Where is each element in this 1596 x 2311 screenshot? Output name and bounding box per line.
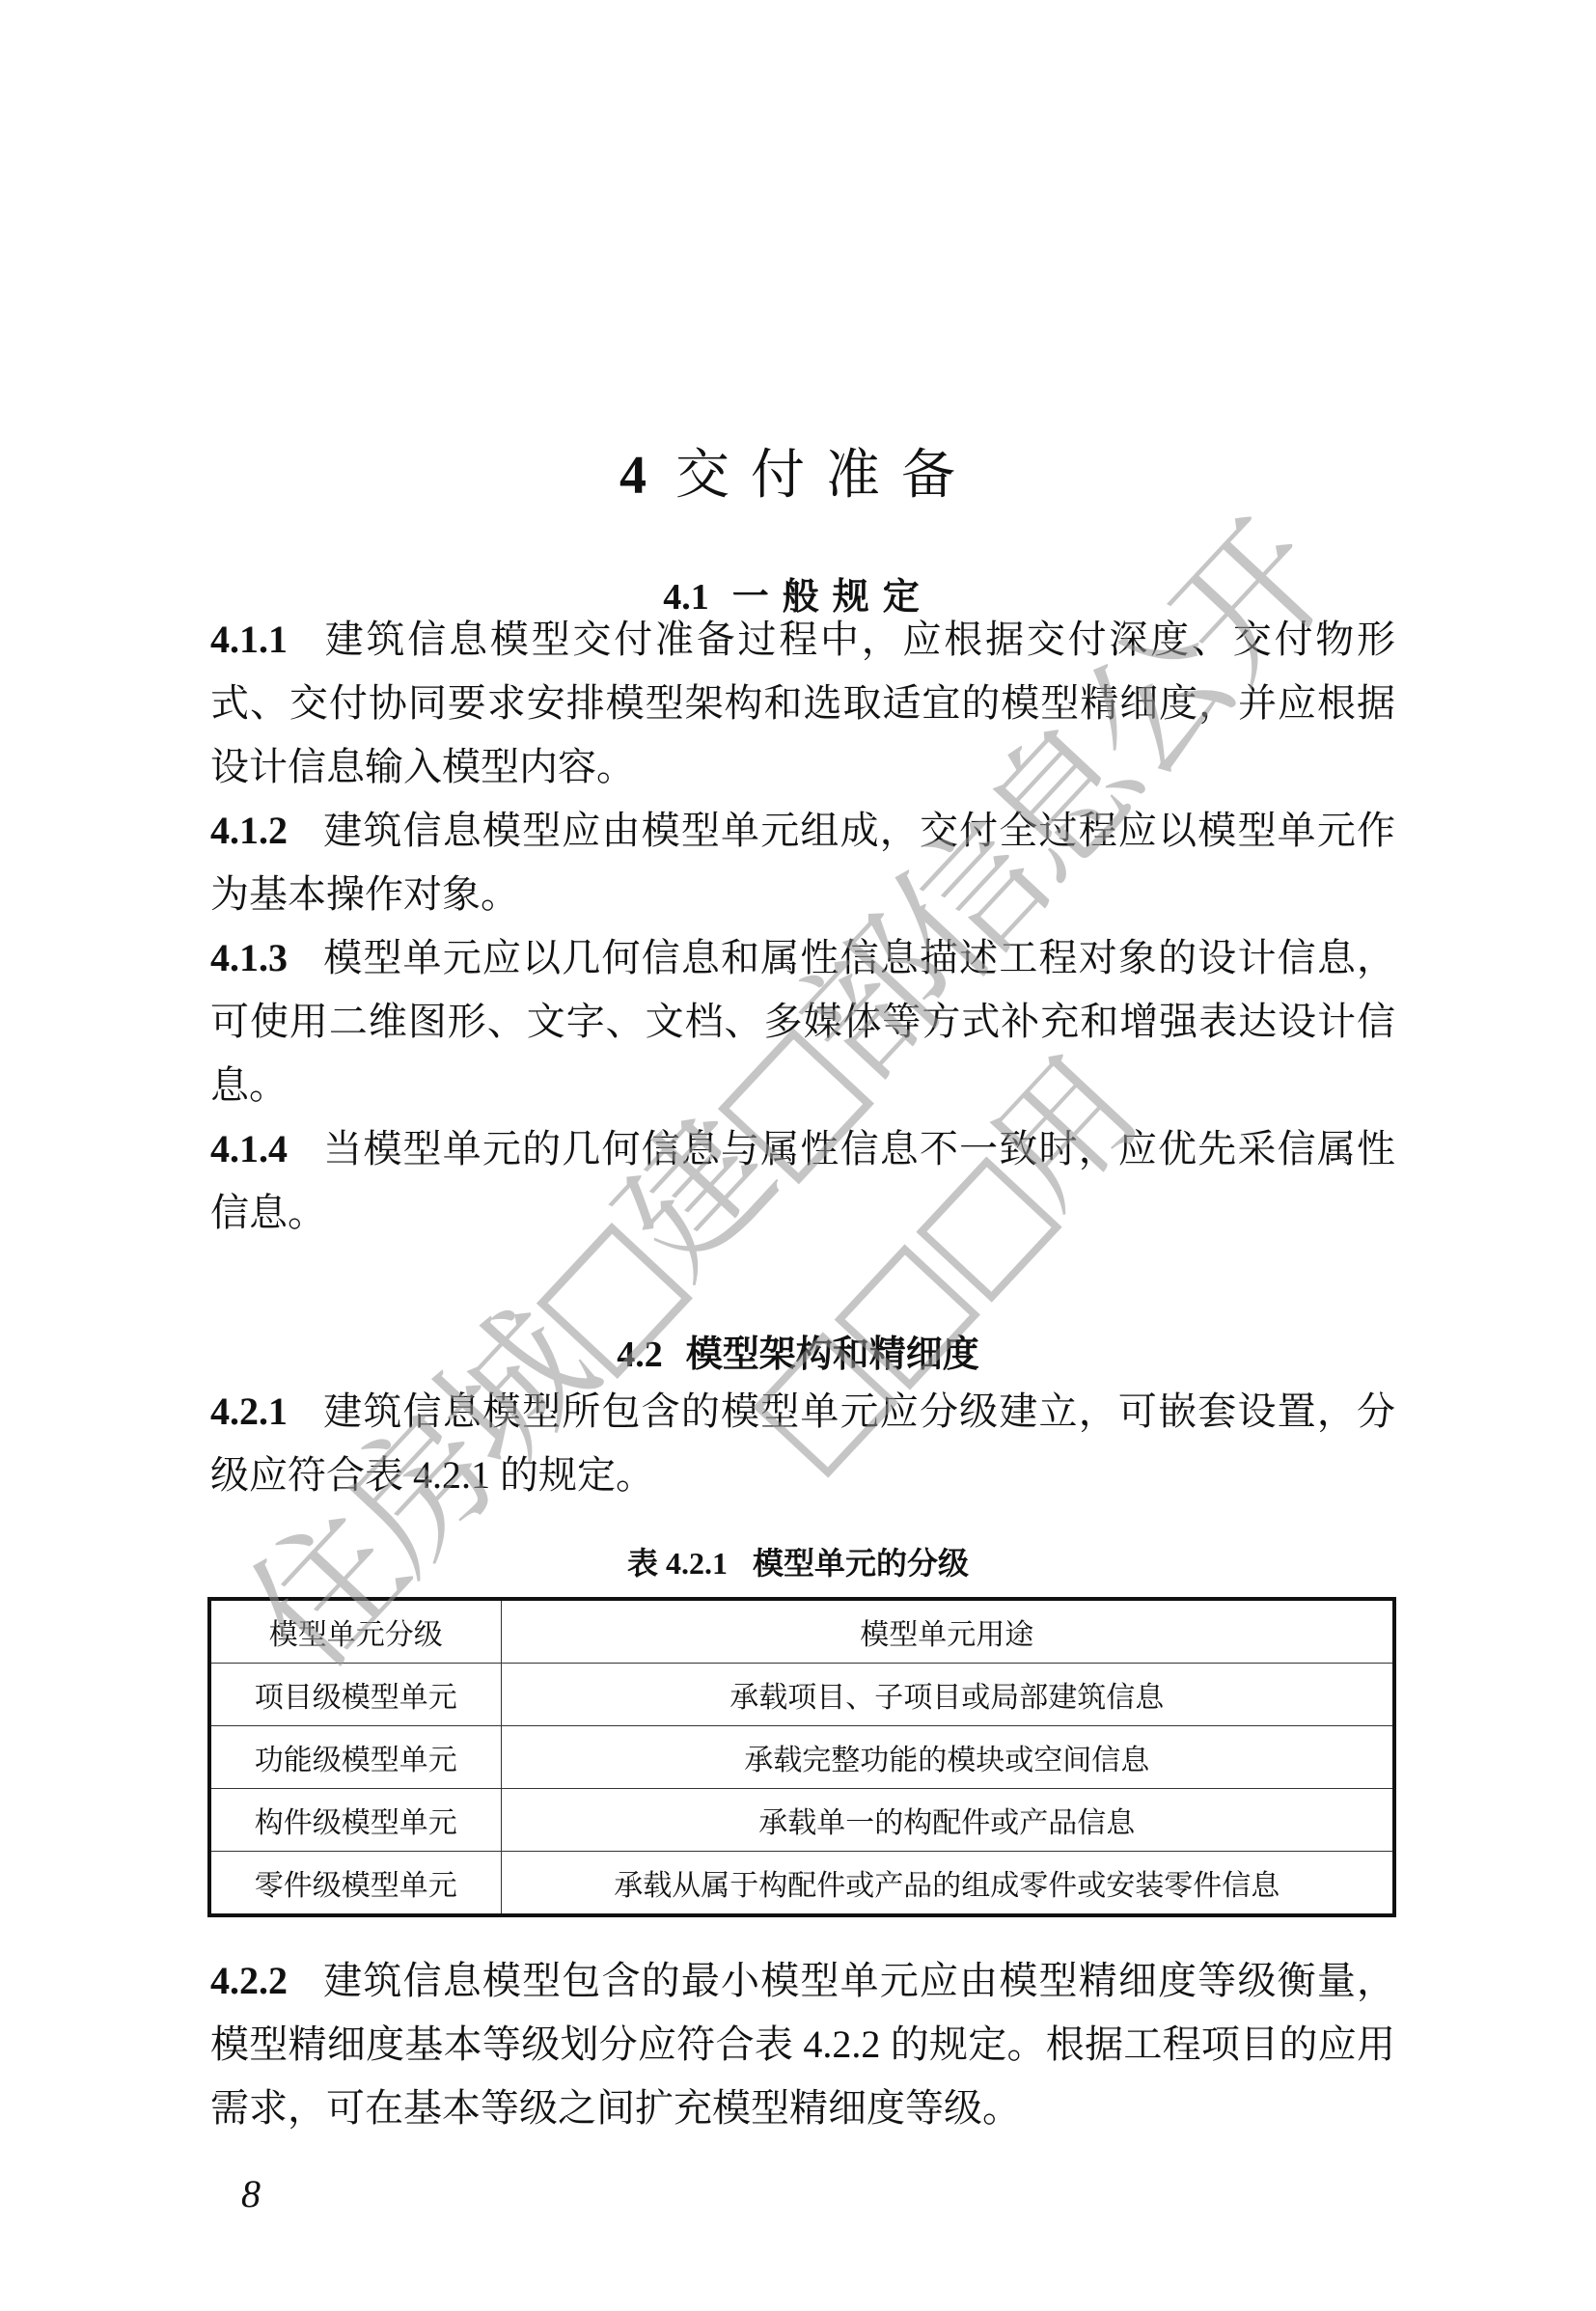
clause-number: 4.2.2 <box>210 1959 288 2002</box>
table-reference: 4.2.2 <box>793 2022 891 2066</box>
clause-text: 建筑信息模型交付准备过程中，应根据交付深度、交付物形式、交付协同要求安排模型架构… <box>210 618 1395 789</box>
table-cell-grade: 项目级模型单元 <box>209 1664 501 1726</box>
clause-4-1-4: 4.1.4当模型单元的几何信息与属性信息不一致时，应优先采信属性信息。 <box>210 1117 1395 1245</box>
clause-number: 4.1.4 <box>210 1127 288 1170</box>
column-header: 模型单元用途 <box>501 1599 1394 1664</box>
clause-4-2-2: 4.2.2建筑信息模型包含的最小模型单元应由模型精细度等级衡量，模型精细度基本等… <box>210 1949 1395 2140</box>
section-title-text: 模型架构和精细度 <box>686 1333 979 1375</box>
table-caption-prefix: 表 <box>627 1545 658 1582</box>
table-cell-usage: 承载完整功能的模块或空间信息 <box>501 1726 1394 1789</box>
clause-text: 建筑信息模型应由模型单元组成，交付全过程应以模型单元作为基本操作对象。 <box>210 809 1395 917</box>
table-row: 功能级模型单元 承载完整功能的模块或空间信息 <box>209 1726 1394 1789</box>
clause-text: 模型单元应以几何信息和属性信息描述工程对象的设计信息，可使用二维图形、文字、文档… <box>210 936 1395 1108</box>
clause-number: 4.1.2 <box>210 809 288 852</box>
chapter-title-text: 交付准备 <box>675 444 977 507</box>
table-cell-usage: 承载单一的构配件或产品信息 <box>501 1789 1394 1852</box>
table-cell-grade: 功能级模型单元 <box>209 1726 501 1789</box>
chapter-number: 4 <box>619 446 647 506</box>
table-reference: 4.2.1 <box>403 1453 500 1497</box>
clause-number: 4.1.1 <box>210 618 288 661</box>
clause-text: 当模型单元的几何信息与属性信息不一致时，应优先采信属性信息。 <box>210 1127 1395 1235</box>
table-row: 项目级模型单元 承载项目、子项目或局部建筑信息 <box>209 1664 1394 1726</box>
table-row: 构件级模型单元 承载单一的构配件或产品信息 <box>209 1789 1394 1852</box>
table-cell-usage: 承载项目、子项目或局部建筑信息 <box>501 1664 1394 1726</box>
clause-4-1-3: 4.1.3模型单元应以几何信息和属性信息描述工程对象的设计信息，可使用二维图形、… <box>210 926 1395 1117</box>
table-title: 模型单元的分级 <box>753 1545 969 1582</box>
clause-text-end: 的规定。 <box>500 1453 654 1498</box>
section-title-4-2: 4.2模型架构和精细度 <box>0 1324 1596 1377</box>
model-unit-grading-table: 模型单元分级 模型单元用途 项目级模型单元 承载项目、子项目或局部建筑信息 功能… <box>207 1597 1396 1917</box>
table-cell-grade: 零件级模型单元 <box>209 1852 501 1916</box>
clause-text: 建筑信息模型所包含的模型单元应分级建立，可嵌套设置，分级应符合表 <box>210 1389 1395 1498</box>
document-page: 4交付准备 4.1一般规定 4.1.1建筑信息模型交付准备过程中，应根据交付深度… <box>0 0 1596 2311</box>
table-cell-grade: 构件级模型单元 <box>209 1789 501 1852</box>
table-cell-usage: 承载从属于构配件或产品的组成零件或安装零件信息 <box>501 1852 1394 1916</box>
clause-4-2-1: 4.2.1建筑信息模型所包含的模型单元应分级建立，可嵌套设置，分级应符合表 4.… <box>210 1380 1395 1507</box>
clause-4-1-2: 4.1.2建筑信息模型应由模型单元组成，交付全过程应以模型单元作为基本操作对象。 <box>210 799 1395 926</box>
table-number: 4.2.1 <box>666 1546 728 1581</box>
column-header: 模型单元分级 <box>209 1599 501 1664</box>
page-number: 8 <box>241 2171 261 2216</box>
clause-number: 4.2.1 <box>210 1389 288 1433</box>
clause-number: 4.1.3 <box>210 936 288 979</box>
section-number: 4.2 <box>617 1334 663 1375</box>
table-header-row: 模型单元分级 模型单元用途 <box>209 1599 1394 1664</box>
table-row: 零件级模型单元 承载从属于构配件或产品的组成零件或安装零件信息 <box>209 1852 1394 1916</box>
clause-4-1-1: 4.1.1建筑信息模型交付准备过程中，应根据交付深度、交付物形式、交付协同要求安… <box>210 608 1395 799</box>
chapter-title: 4交付准备 <box>0 432 1596 509</box>
table-caption: 表4.2.1模型单元的分级 <box>0 1539 1596 1583</box>
